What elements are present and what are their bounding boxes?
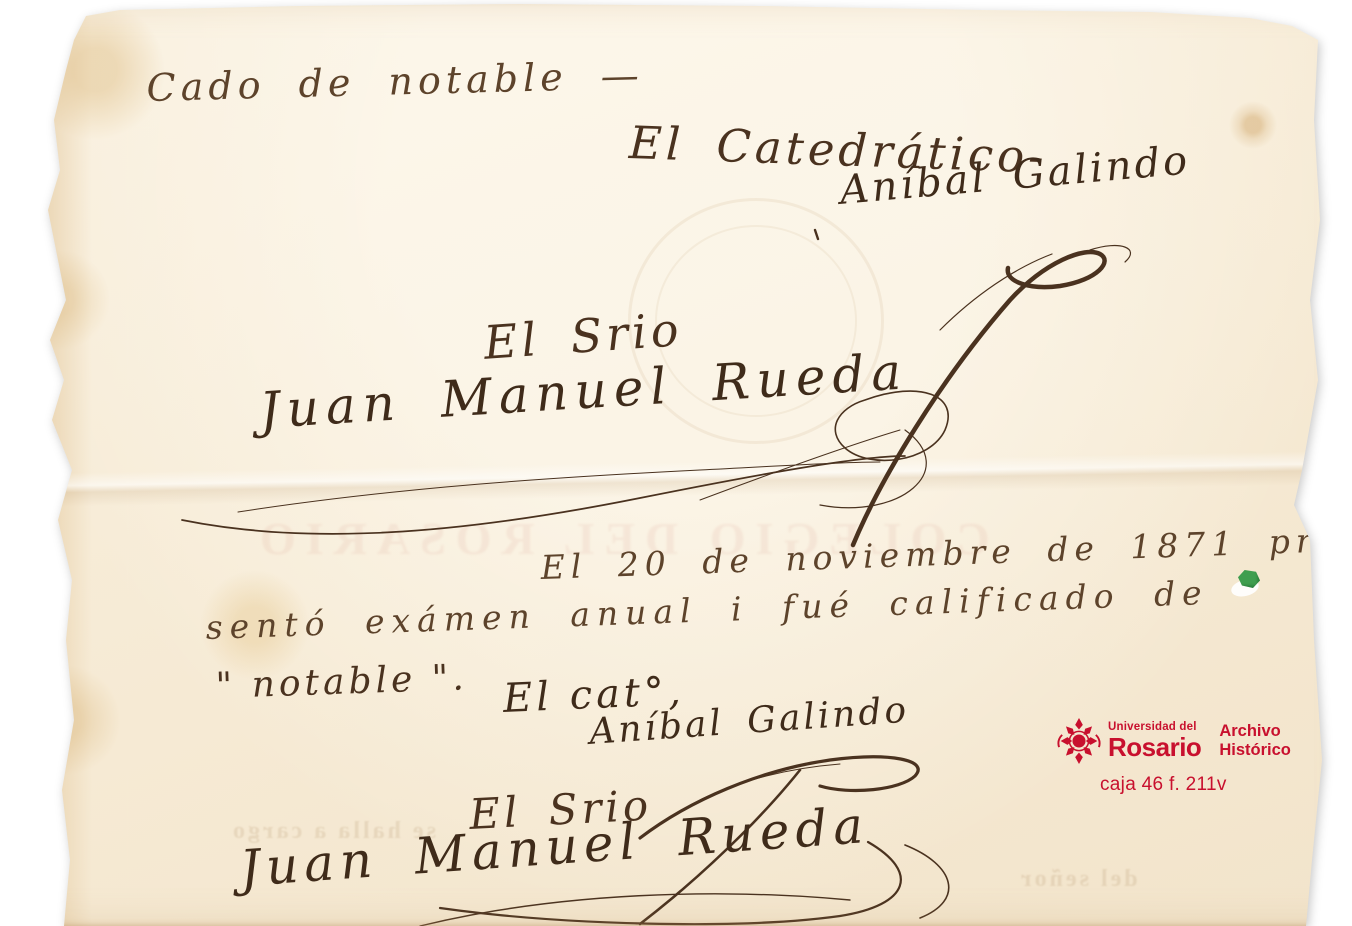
stamp-archive-line2: Histórico [1219,741,1291,760]
paper-shadow: COLEGIO DEL ROSARIO se halla a cargo del… [0,0,1352,926]
rosario-crest-icon [1056,716,1102,766]
stamp-reference: caja 46 f. 211v [1100,774,1288,796]
fold-crease [40,451,1330,508]
handwritten-body-line-3: " notable ". [215,657,468,707]
bleed-through-text: del señor [1018,866,1138,893]
manuscript-paper: COLEGIO DEL ROSARIO se halla a cargo del… [0,0,1352,926]
stamp-university-bold: Rosario [1108,734,1201,760]
scan-background: COLEGIO DEL ROSARIO se halla a cargo del… [0,0,1352,926]
paper-edge-tint [44,0,92,926]
handwritten-grade-annotation: Cado de notable — [146,53,644,110]
handwritten-body-line-2: sentó exámen anual i fué calificado de [205,573,1209,647]
stamp-archive-line1: Archivo [1219,722,1291,741]
archive-stamp: Universidad del Rosario Archivo Históric… [1056,716,1288,796]
